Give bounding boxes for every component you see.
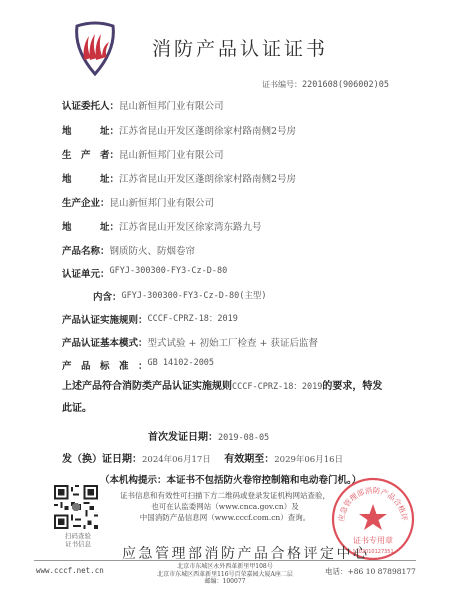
- field-standard: 产 品 标 准 ：GB 14102-2005: [62, 358, 214, 372]
- field-applicant-address: 地 址：江苏省昆山开发区蓬朗徐家村路南侧2号房: [62, 123, 296, 137]
- field-cert-mode: 产品认证基本模式：型式试验 + 初始工厂检查 + 获证后监督: [62, 335, 318, 349]
- field-label: 产品名称：: [62, 243, 110, 257]
- qr-caption: 扫码查验 证书信息: [56, 532, 100, 548]
- field-value: GFYJ-300300-FY3-Cz-D-80(主型): [122, 289, 267, 303]
- address-line: 北京市东城区西革新里116号百荣嘉园大厦A座二层: [135, 571, 315, 579]
- field-product-name: 产品名称：钢质防火、防烟卷帘: [62, 243, 195, 257]
- cert-no-label: 证书编号：: [262, 80, 302, 89]
- issue-value: 2024年06月17日: [142, 455, 211, 465]
- field-value: 江苏省昆山开发区蓬朗徐家村路南侧2号房: [119, 171, 296, 185]
- field-value: GB 14102-2005: [148, 358, 215, 372]
- field-value: GFYJ-300300-FY3-Cz-D-80: [110, 266, 228, 280]
- qr-caption-line: 扫码查验: [56, 532, 100, 540]
- certificate-number: 证书编号：2201608(906002)05: [262, 79, 389, 90]
- field-label: 生产企业：: [62, 195, 110, 209]
- certificate-title: 消防产品认证证书: [152, 34, 328, 61]
- shield-flame-logo-icon: [72, 20, 118, 76]
- field-applicant: 认证委托人：昆山新恒邦门业有限公司: [62, 98, 224, 112]
- field-label: 内含：: [93, 289, 122, 303]
- field-factory-address: 地 址：江苏省昆山开发区徐家湾东路九号: [62, 219, 262, 233]
- field-value: 昆山新恒邦门业有限公司: [119, 147, 224, 161]
- footer-telephone: 电话：+86 10 87898177: [325, 566, 416, 577]
- field-label: 产 品 标 准 ：: [62, 358, 148, 372]
- footer-divider: [34, 560, 416, 561]
- address-line: 邮编：100077: [135, 578, 315, 586]
- first-issue-value: 2019-08-05: [218, 433, 269, 443]
- field-value: 昆山新恒邦门业有限公司: [110, 195, 215, 209]
- statement-prefix: 上述产品符合消防类产品认证实施规则: [62, 381, 232, 392]
- qr-caption-line: 证书信息: [56, 540, 100, 548]
- qr-code-icon[interactable]: [54, 485, 98, 529]
- field-value: CCCF-CPRZ-18：2019: [148, 312, 238, 326]
- valid-value: 2029年06月16日: [274, 455, 343, 465]
- field-value: 昆山新恒邦门业有限公司: [119, 98, 224, 112]
- field-cert-unit: 认证单元：GFYJ-300300-FY3-Cz-D-80: [62, 266, 227, 280]
- field-value: 钢质防火、防烟卷帘: [110, 243, 196, 257]
- compliance-statement: 上述产品符合消防类产品认证实施规则CCCF-CPRZ-18：2019的要求，特发…: [62, 376, 392, 419]
- valid-label: 有效期至：: [224, 454, 274, 465]
- field-value: 江苏省昆山开发区蓬朗徐家村路南侧2号房: [119, 123, 296, 137]
- first-issue-date: 首次发证日期：2019-08-05: [148, 428, 269, 443]
- field-manufacturer: 生 产 者：昆山新恒邦门业有限公司: [62, 147, 224, 161]
- field-label: 地 址：: [62, 171, 119, 185]
- field-label: 地 址：: [62, 219, 119, 233]
- footer-website-link[interactable]: www.cccf.net.cn: [36, 566, 104, 575]
- field-includes: 内含：GFYJ-300300-FY3-Cz-D-80(主型): [93, 289, 266, 303]
- statement-rule: CCCF-CPRZ-18：2019: [232, 382, 322, 392]
- issue-validity-dates: 发（换）证日期：2024年06月17日 有效期至：2029年06月16日: [62, 450, 343, 465]
- field-label: 产品认证基本模式：: [62, 335, 148, 349]
- cert-no-value: 2201608(906002)05: [302, 80, 389, 90]
- field-value: 型式试验 + 初始工厂检查 + 获证后监督: [148, 335, 319, 349]
- field-manufacturer-address: 地 址：江苏省昆山开发区蓬朗徐家村路南侧2号房: [62, 171, 296, 185]
- field-label: 产品认证实施规则：: [62, 312, 148, 326]
- field-impl-rules: 产品认证实施规则：CCCF-CPRZ-18：2019: [62, 312, 238, 326]
- field-label: 生 产 者：: [62, 147, 119, 161]
- address-line: 北京市东城区永外西革新里甲108号: [135, 563, 315, 571]
- footer-address: 北京市东城区永外西革新里甲108号 北京市东城区西革新里116号百荣嘉园大厦A座…: [135, 563, 315, 586]
- field-factory: 生产企业：昆山新恒邦门业有限公司: [62, 195, 214, 209]
- field-label: 认证委托人：: [62, 98, 119, 112]
- field-label: 认证单元：: [62, 266, 110, 280]
- institution-note: （本机构提示：本证书不包括防火卷帘控制箱和电动卷门机。）: [100, 472, 361, 486]
- field-label: 地 址：: [62, 123, 119, 137]
- first-issue-label: 首次发证日期：: [148, 432, 218, 443]
- field-value: 江苏省昆山开发区徐家湾东路九号: [119, 219, 262, 233]
- issue-label: 发（换）证日期：: [62, 454, 142, 465]
